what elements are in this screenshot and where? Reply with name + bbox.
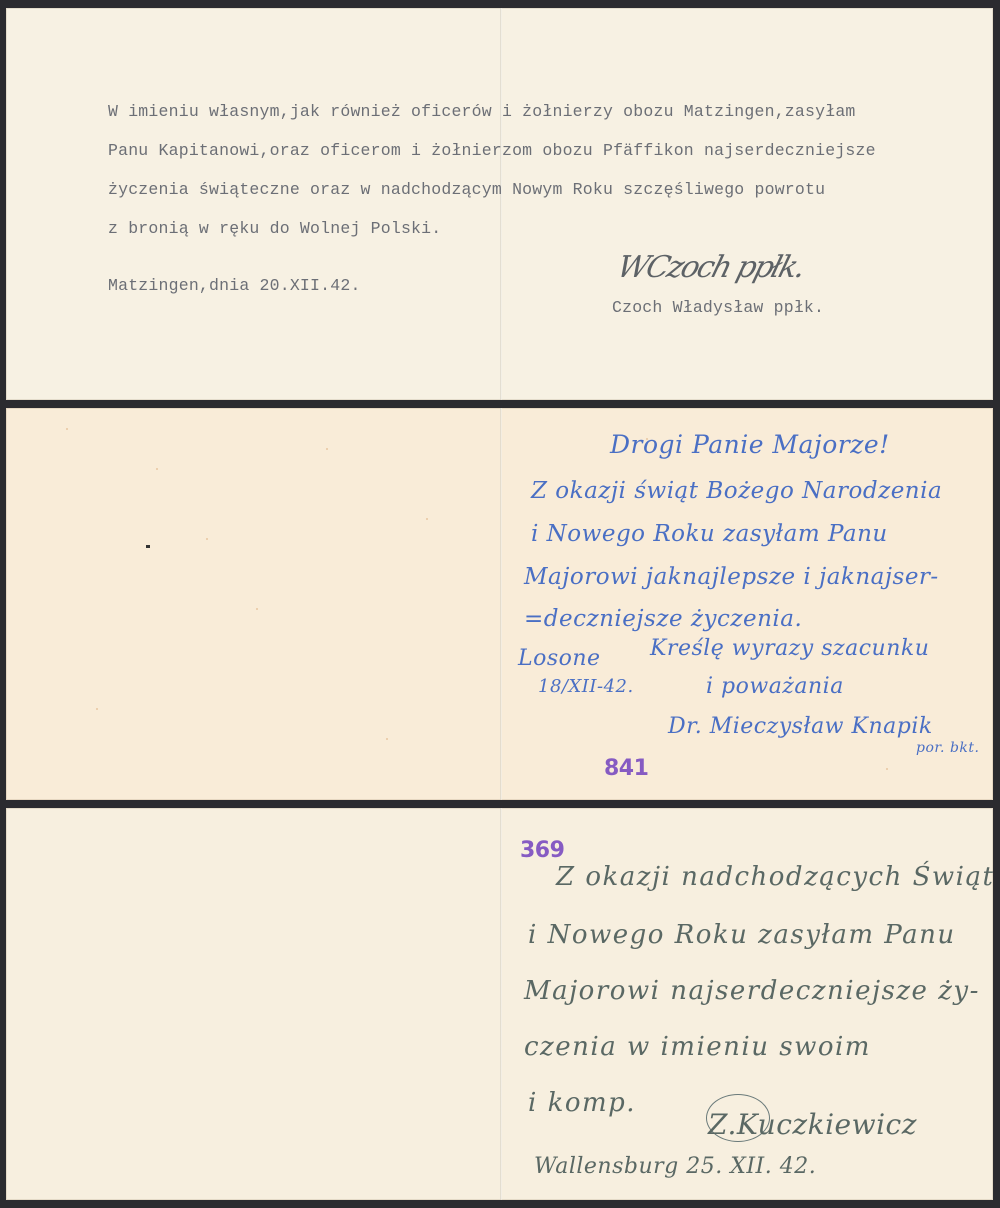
place-date: Wallensburg 25. XII. 42. <box>534 1154 816 1179</box>
place: Losone <box>518 646 601 671</box>
body-line-4: =deczniejsze życzenia. <box>524 606 802 632</box>
paper-speck <box>426 518 428 520</box>
closing-line-2: i poważania <box>706 674 844 699</box>
closing-line-1: Kreślę wyrazy szacunku <box>650 636 929 661</box>
handwritten-signature: WCzoch ppłk. <box>613 250 808 285</box>
paper-speck <box>256 608 258 610</box>
body-line-3: Majorowi najserdeczniejsze ży- <box>524 976 980 1006</box>
body-line-3: Majorowi jaknajlepsze i jaknajser- <box>524 564 939 590</box>
paper-speck <box>206 538 208 540</box>
archive-stamp-number: 369 <box>520 838 564 863</box>
typed-greeting-card: W imieniu własnym,jak również oficerów i… <box>6 8 993 400</box>
paper-speck <box>326 448 328 450</box>
paper-speck <box>66 428 68 430</box>
fold-line <box>500 8 502 400</box>
paper-speck <box>96 708 98 710</box>
body-line-3: życzenia świąteczne oraz w nadchodzącym … <box>108 180 825 199</box>
rank: por. bkt. <box>916 740 979 756</box>
salutation: Drogi Panie Majorze! <box>610 430 890 459</box>
body-line-4: z bronią w ręku do Wolnej Polski. <box>108 219 441 238</box>
body-line-1: Z okazji świąt Bożego Narodzenia <box>531 478 942 504</box>
place-date: Matzingen,dnia 20.XII.42. <box>108 276 361 295</box>
body-line-2: i Nowego Roku zasyłam Panu <box>531 521 888 547</box>
body-line-1: W imieniu własnym,jak również oficerów i… <box>108 102 856 121</box>
paper-speck <box>886 768 888 770</box>
signature: Z.Kuczkiewicz <box>708 1108 917 1141</box>
body-line-1: Z okazji nadchodzących Świąt <box>556 862 993 892</box>
signature: Dr. Mieczysław Knapik <box>668 714 933 739</box>
scanned-cards: W imieniu własnym,jak również oficerów i… <box>0 0 1000 1208</box>
date: 18/XII-42. <box>538 676 634 697</box>
ink-dot <box>146 545 150 548</box>
grey-handwritten-card: 369 Z okazji nadchodzących Świąt i Noweg… <box>6 808 993 1200</box>
paper-speck <box>386 738 388 740</box>
archive-stamp-number: 841 <box>604 756 648 781</box>
body-line-4: czenia w imieniu swoim <box>524 1032 871 1062</box>
signatory-name: Czoch Władysław ppłk. <box>612 298 824 317</box>
fold-line <box>500 808 502 1200</box>
body-line-2: i Nowego Roku zasyłam Panu <box>528 920 956 950</box>
body-line-5: i komp. <box>528 1088 636 1118</box>
body-line-2: Panu Kapitanowi,oraz oficerom i żołnierz… <box>108 141 876 160</box>
blue-handwritten-card: Drogi Panie Majorze! Z okazji świąt Boże… <box>6 408 993 800</box>
paper-speck <box>156 468 158 470</box>
fold-line <box>500 408 502 800</box>
